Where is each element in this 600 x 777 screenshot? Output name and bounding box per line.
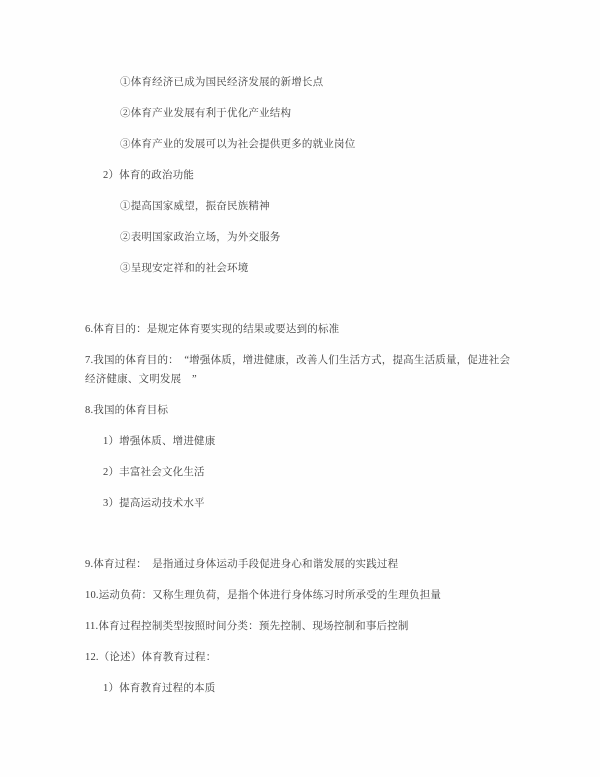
paragraph: 8.我国的体育目标	[85, 401, 580, 420]
document-line: ②表明国家政治立场，为外交服务	[85, 228, 580, 247]
paragraph: 2）体育的政治功能	[85, 166, 580, 185]
document-line: 7.我国的体育目的： “增强体质，增进健康，改善人们生活方式，提高生活质量，促进…	[85, 351, 580, 370]
document-content: ①体育经济已成为国民经济发展的新增长点②体育产业发展有利于优化产业结构③体育产业…	[85, 73, 580, 710]
paragraph: ②表明国家政治立场，为外交服务	[85, 228, 580, 247]
document-line: ①体育经济已成为国民经济发展的新增长点	[85, 73, 580, 92]
document-line: ③体育产业的发展可以为社会提供更多的就业岗位	[85, 135, 580, 154]
paragraph: 1）增强体质、增进健康	[85, 432, 580, 451]
paragraph: ①体育经济已成为国民经济发展的新增长点	[85, 73, 580, 92]
document-line: 1）体育教育过程的本质	[85, 679, 580, 698]
paragraph: 9.体育过程： 是指通过身体运动手段促进身心和谐发展的实践过程	[85, 555, 580, 574]
document-line: 3）提高运动技术水平	[85, 494, 580, 513]
document-line: 6.体育目的：是规定体育要实现的结果或要达到的标准	[85, 320, 580, 339]
paragraph: 12.（论述）体育教育过程：	[85, 648, 580, 667]
paragraph: 6.体育目的：是规定体育要实现的结果或要达到的标准	[85, 320, 580, 339]
document-line: 12.（论述）体育教育过程：	[85, 648, 580, 667]
paragraph: 7.我国的体育目的： “增强体质，增进健康，改善人们生活方式，提高生活质量，促进…	[85, 351, 580, 389]
document-line: 2）体育的政治功能	[85, 166, 580, 185]
paragraph: 10.运动负荷：又称生理负荷，是指个体进行身体练习时所承受的生理负担量	[85, 586, 580, 605]
document-line: 11.体育过程控制类型按照时间分类：预先控制、现场控制和事后控制	[85, 617, 580, 636]
paragraph-spacer	[85, 525, 580, 555]
paragraph-spacer	[85, 290, 580, 320]
paragraph: ③体育产业的发展可以为社会提供更多的就业岗位	[85, 135, 580, 154]
document-line: ①提高国家威望，振奋民族精神	[85, 197, 580, 216]
paragraph: ③呈现安定祥和的社会环境	[85, 259, 580, 278]
document-line: ②体育产业发展有利于优化产业结构	[85, 104, 580, 123]
document-line: 8.我国的体育目标	[85, 401, 580, 420]
paragraph: 3）提高运动技术水平	[85, 494, 580, 513]
document-line: ③呈现安定祥和的社会环境	[85, 259, 580, 278]
document-line: 经济健康、文明发展 ”	[85, 370, 580, 389]
document-line: 1）增强体质、增进健康	[85, 432, 580, 451]
paragraph: ①提高国家威望，振奋民族精神	[85, 197, 580, 216]
paragraph: 2）丰富社会文化生活	[85, 463, 580, 482]
document-page: ①体育经济已成为国民经济发展的新增长点②体育产业发展有利于优化产业结构③体育产业…	[0, 0, 600, 777]
document-line: 10.运动负荷：又称生理负荷，是指个体进行身体练习时所承受的生理负担量	[85, 586, 580, 605]
paragraph: 1）体育教育过程的本质	[85, 679, 580, 698]
paragraph: ②体育产业发展有利于优化产业结构	[85, 104, 580, 123]
document-line: 9.体育过程： 是指通过身体运动手段促进身心和谐发展的实践过程	[85, 555, 580, 574]
document-line: 2）丰富社会文化生活	[85, 463, 580, 482]
paragraph: 11.体育过程控制类型按照时间分类：预先控制、现场控制和事后控制	[85, 617, 580, 636]
